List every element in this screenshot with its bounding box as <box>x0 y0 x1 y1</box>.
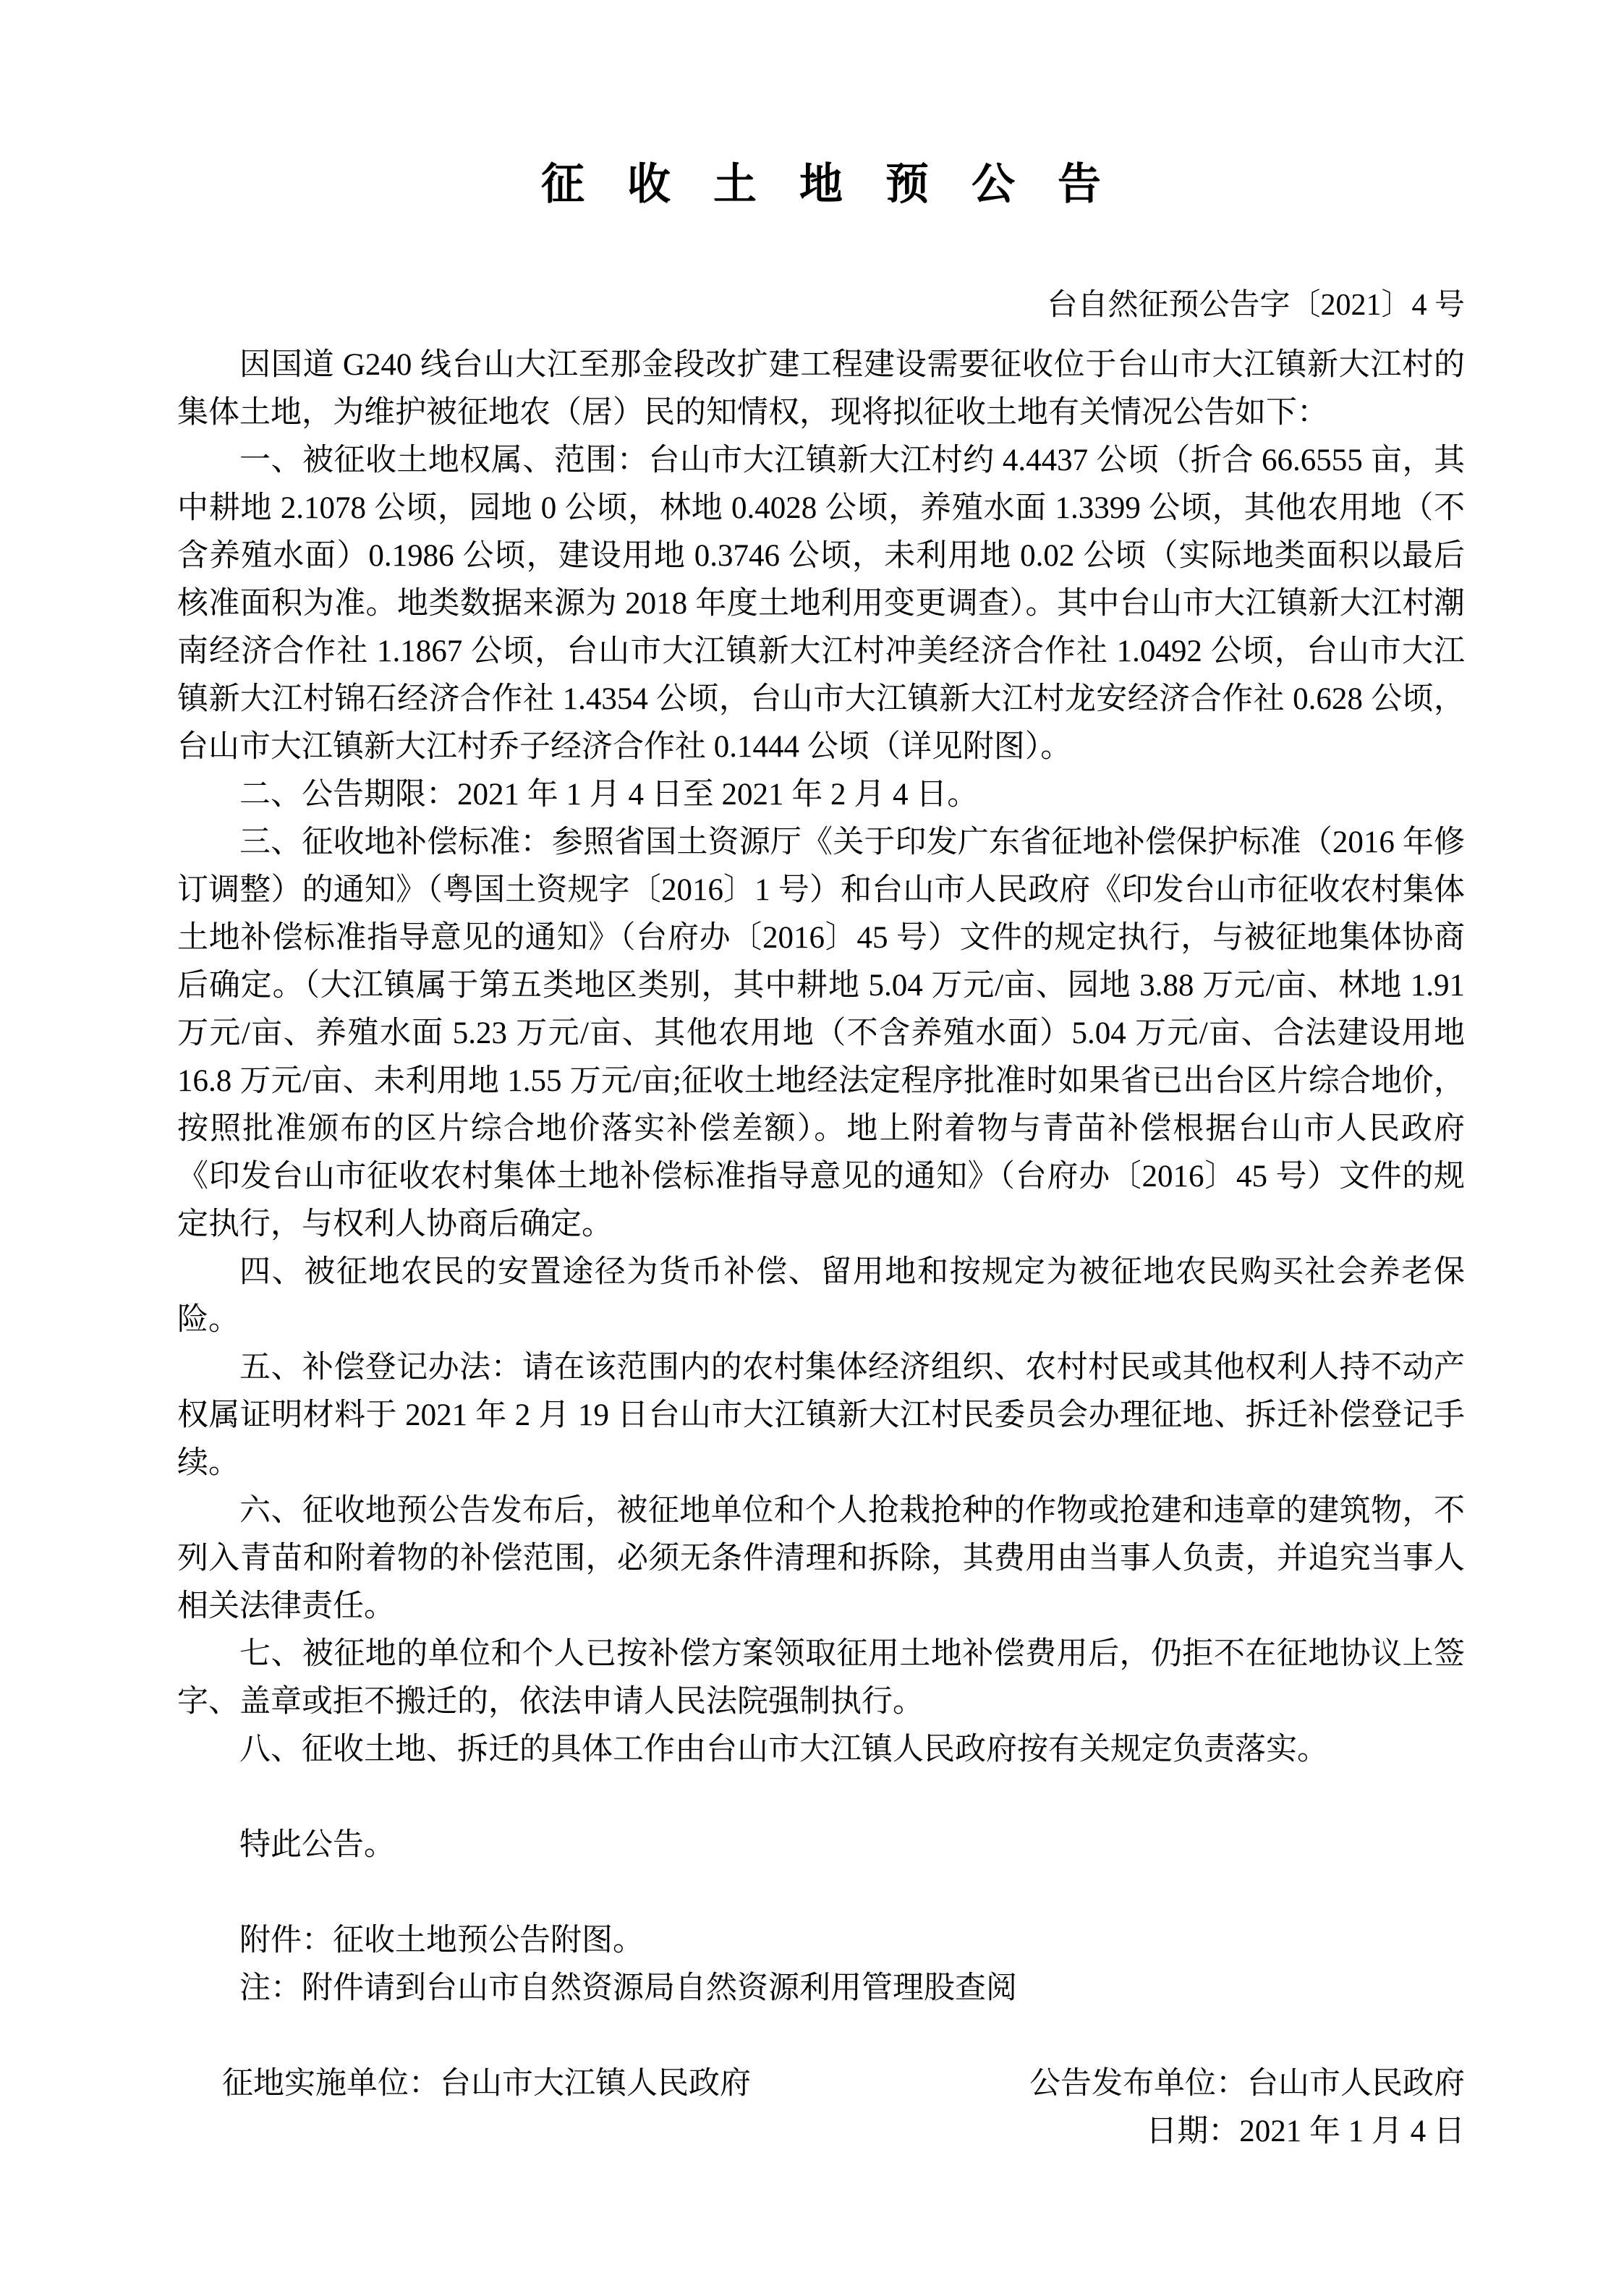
footer-units-row: 征地实施单位：台山市大江镇人民政府 公告发布单位：台山市人民政府 <box>177 2060 1465 2108</box>
document-page: 征 收 土 地 预 公 告 台自然征预公告字〔2021〕4 号 因国道 G240… <box>0 0 1624 2296</box>
paragraph-4: 四、被征地农民的安置途径为货币补偿、留用地和按规定为被征地农民购买社会养老保险。 <box>177 1249 1465 1344</box>
paragraph-5: 五、补偿登记办法：请在该范围内的农村集体经济组织、农村村民或其他权利人持不动产权… <box>177 1344 1465 1487</box>
paragraph-intro: 因国道 G240 线台山大江至那金段改扩建工程建设需要征收位于台山市大江镇新大江… <box>177 341 1465 437</box>
date-label: 日期：2021 年 1 月 4 日 <box>177 2108 1465 2156</box>
document-body: 因国道 G240 线台山大江至那金段改扩建工程建设需要征收位于台山市大江镇新大江… <box>177 341 1465 2156</box>
publish-unit-label: 公告发布单位：台山市人民政府 <box>1029 2060 1465 2108</box>
paragraph-1: 一、被征收土地权属、范围：台山市大江镇新大江村约 4.4437 公顷（折合 66… <box>177 437 1465 771</box>
paragraph-2: 二、公告期限：2021 年 1 月 4 日至 2021 年 2 月 4 日。 <box>177 771 1465 819</box>
doc-number: 台自然征预公告字〔2021〕4 号 <box>177 286 1465 324</box>
paragraph-6: 六、征收地预公告发布后，被征地单位和个人抢栽抢种的作物或抢建和违章的建筑物，不列… <box>177 1487 1465 1630</box>
attachment-line: 附件：征收土地预公告附图。 <box>177 1917 1465 1965</box>
paragraph-3: 三、征收地补偿标准：参照省国土资源厅《关于印发广东省征地补偿保护标准（2016 … <box>177 819 1465 1249</box>
paragraph-7: 七、被征地的单位和个人已按补偿方案领取征用土地补偿费用后，仍拒不在征地协议上签字… <box>177 1630 1465 1726</box>
implement-unit-label: 征地实施单位：台山市大江镇人民政府 <box>177 2060 751 2108</box>
paragraph-8: 八、征收土地、拆迁的具体工作由台山市大江镇人民政府按有关规定负责落实。 <box>177 1726 1465 1774</box>
page-title: 征 收 土 地 预 公 告 <box>177 145 1465 224</box>
note-line: 注：附件请到台山市自然资源局自然资源利用管理股查阅 <box>177 1965 1465 2012</box>
closing-line: 特此公告。 <box>177 1821 1465 1869</box>
